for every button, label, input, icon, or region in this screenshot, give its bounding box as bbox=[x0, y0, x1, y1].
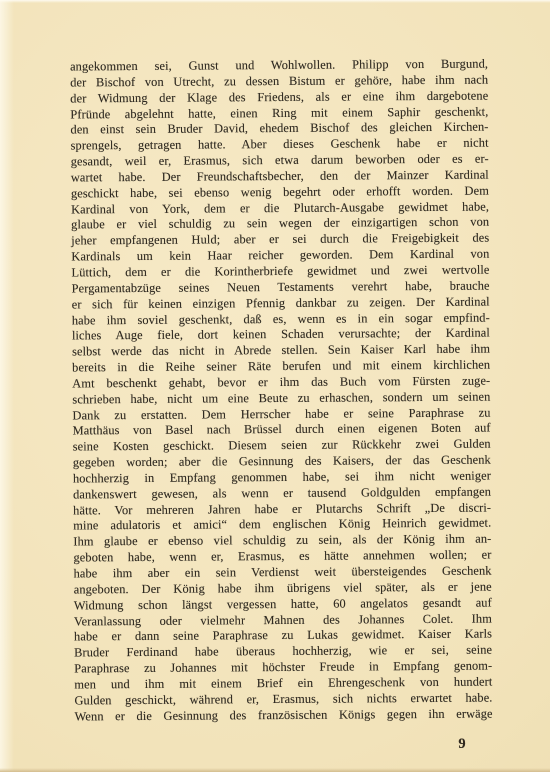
book-page: angekommen sei, Gunst und Wohlwollen. Ph… bbox=[0, 0, 550, 772]
page-bottom-edge bbox=[0, 768, 550, 772]
page-number: 9 bbox=[450, 736, 474, 753]
text-line: Wenn er die Gesinnung des französischen … bbox=[75, 706, 493, 725]
page-left-edge bbox=[0, 0, 14, 772]
page-top-edge bbox=[0, 0, 550, 3]
page-text: angekommen sei, Gunst und Wohlwollen. Ph… bbox=[70, 57, 493, 725]
